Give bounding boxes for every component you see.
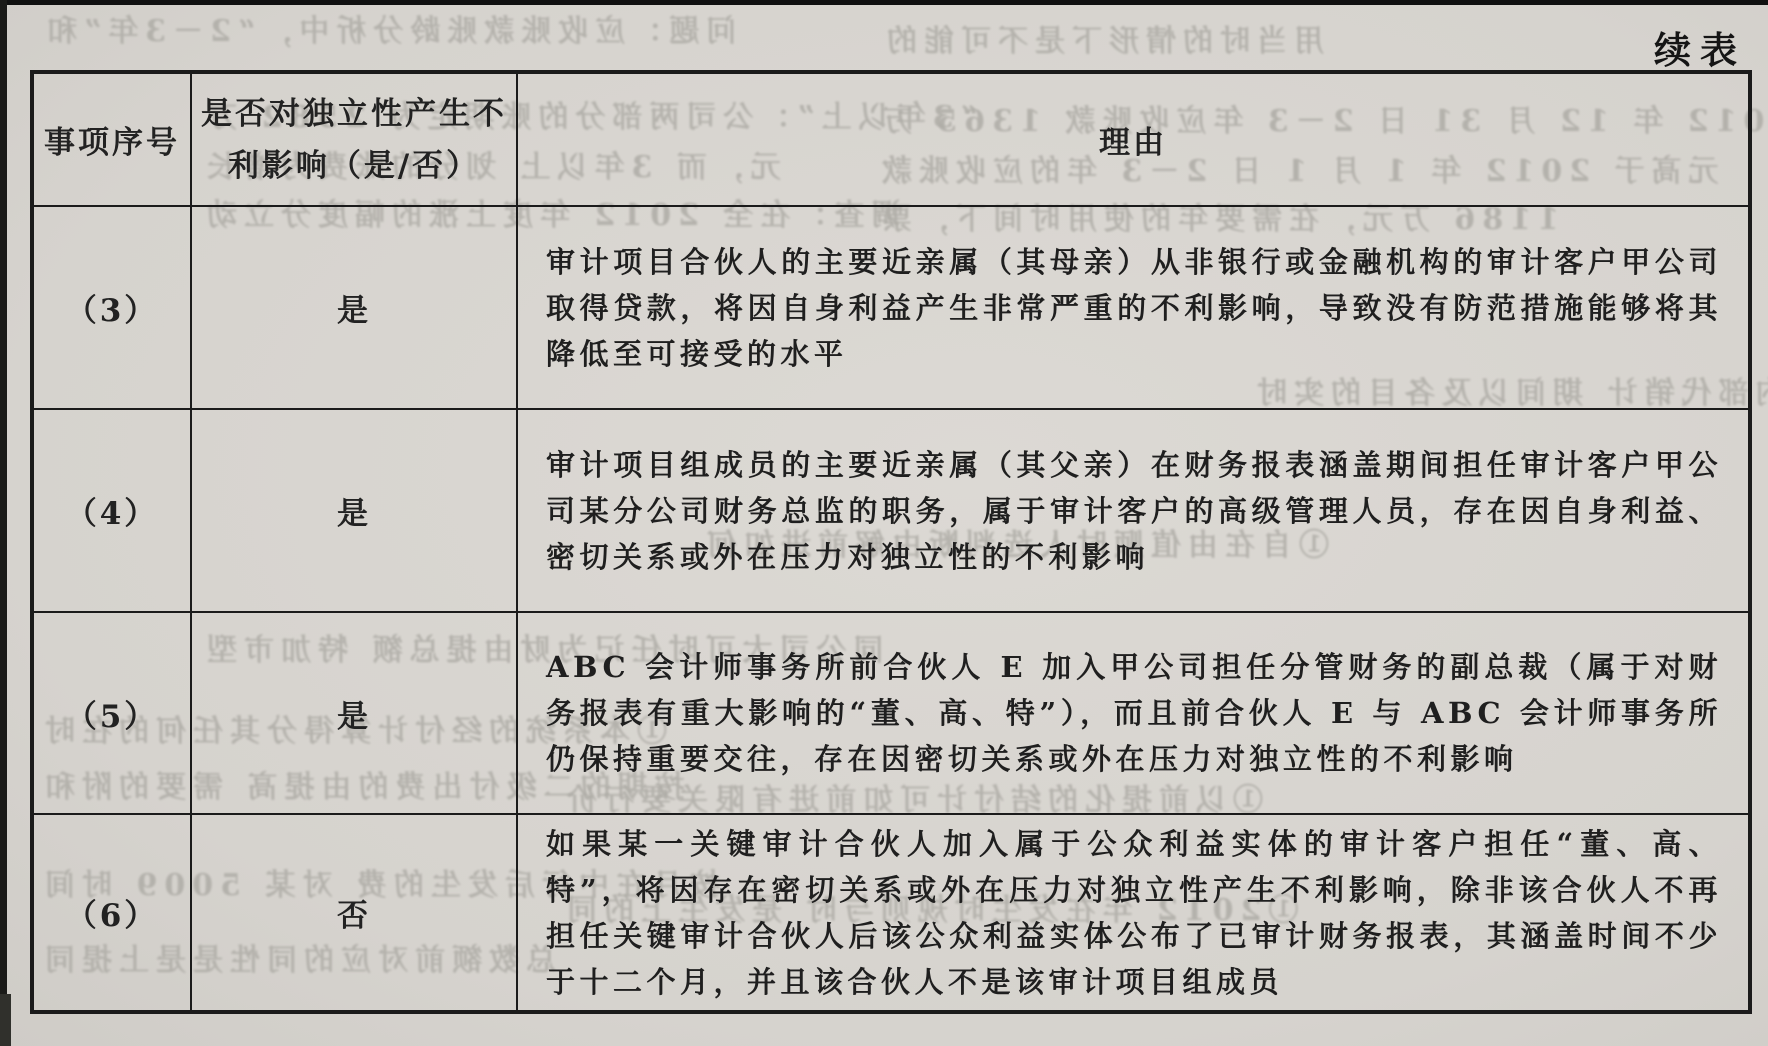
independence-impact-table: 事项序号 是否对独立性产生不利影响（是/否） 理由 （3） 是 审计项目合伙人的… — [30, 70, 1752, 1014]
bleedthrough-text: 用当时的情形下是不可能的 — [880, 16, 1324, 60]
header-impact: 是否对独立性产生不利影响（是/否） — [192, 74, 518, 207]
row-reason: 如果某一关键审计合伙人加入属于公众利益实体的审计客户担任“董、高、特”，将因存在… — [518, 815, 1748, 1010]
scanned-book-page: { "page": { "continued_label": "续表", "pa… — [0, 0, 1768, 1046]
bleedthrough-text: 问题：应收账款账龄分析中，“2－3年”和 — [40, 6, 736, 50]
row-serial: （3） — [34, 207, 192, 410]
row-reason-text: ABC 会计师事务所前合伙人 E 加入甲公司担任分管财务的副总裁（属于对财务报表… — [546, 644, 1722, 782]
header-serial: 事项序号 — [34, 74, 192, 207]
continued-table-label: 续表 — [1654, 20, 1746, 74]
row-reason-text: 审计项目合伙人的主要近亲属（其母亲）从非银行或金融机构的审计客户甲公司取得贷款，… — [546, 239, 1722, 377]
row-serial: （5） — [34, 613, 192, 815]
row-impact: 是 — [192, 613, 518, 815]
row-impact: 是 — [192, 207, 518, 410]
row-impact: 是 — [192, 410, 518, 613]
row-reason: ABC 会计师事务所前合伙人 E 加入甲公司担任分管财务的副总裁（属于对财务报表… — [518, 613, 1748, 815]
scan-edge-top — [0, 0, 1768, 5]
row-serial: （6） — [34, 815, 192, 1010]
row-reason-text: 审计项目组成员的主要近亲属（其父亲）在财务报表涵盖期间担任审计客户甲公司某分公司… — [546, 442, 1722, 580]
row-reason: 审计项目组成员的主要近亲属（其父亲）在财务报表涵盖期间担任审计客户甲公司某分公司… — [518, 410, 1748, 613]
row-serial: （4） — [34, 410, 192, 613]
header-reason: 理由 — [518, 74, 1748, 207]
row-reason: 审计项目合伙人的主要近亲属（其母亲）从非银行或金融机构的审计客户甲公司取得贷款，… — [518, 207, 1748, 410]
scan-corner-mark — [0, 994, 11, 1046]
scan-edge-left — [0, 0, 7, 1046]
row-reason-text: 如果某一关键审计合伙人加入属于公众利益实体的审计客户担任“董、高、特”，将因存在… — [546, 821, 1722, 1005]
row-impact: 否 — [192, 815, 518, 1010]
